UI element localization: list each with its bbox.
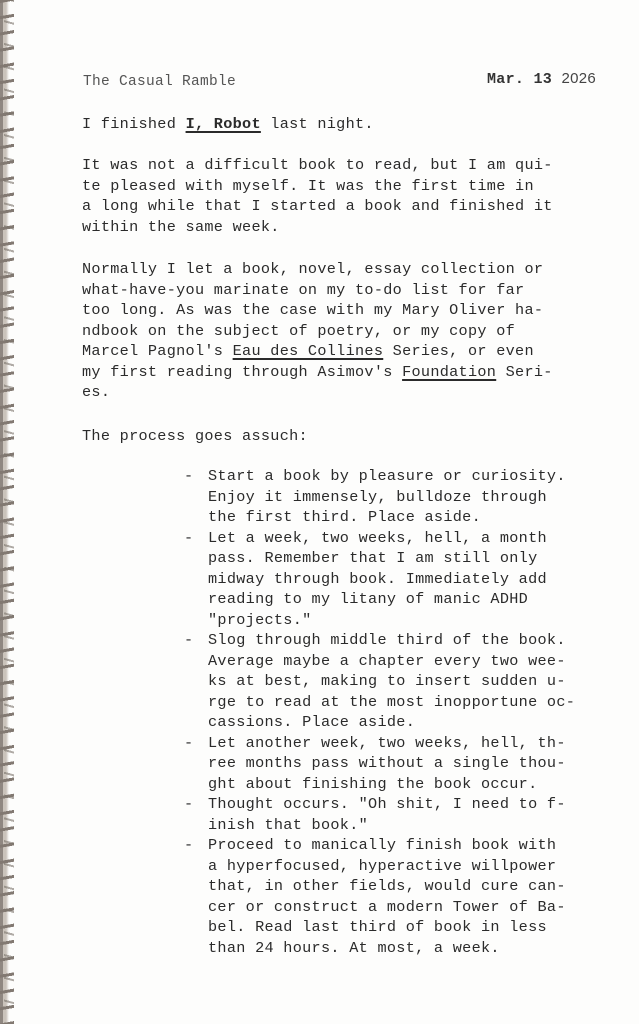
process-step-line: a hyperfocused, hyperactive willpower: [208, 856, 614, 877]
bullet-dash: -: [184, 466, 193, 487]
bullet-dash: -: [184, 794, 193, 815]
process-step-line: cassions. Place aside.: [208, 712, 614, 733]
process-step: -Thought occurs. "Oh shit, I need to f-i…: [184, 794, 614, 835]
process-steps-list: -Start a book by pleasure or curiosity.E…: [184, 466, 614, 958]
paragraph-1-line: It was not a difficult book to read, but…: [82, 155, 622, 176]
paragraph-2-line: too long. As was the case with my Mary O…: [82, 300, 622, 321]
paragraph-1-line: a long while that I started a book and f…: [82, 196, 622, 217]
process-step-line: Let another week, two weeks, hell, th-: [208, 733, 614, 754]
process-step: -Let another week, two weeks, hell, th-r…: [184, 733, 614, 795]
process-step: -Slog through middle third of the book.A…: [184, 630, 614, 733]
paragraph-2: Normally I let a book, novel, essay coll…: [82, 259, 622, 403]
text: my first reading through Asimov's: [82, 363, 402, 381]
text: Seri-: [496, 363, 552, 381]
paragraph-2-line: es.: [82, 382, 622, 403]
process-step-line: Proceed to manically finish book with: [208, 835, 614, 856]
entry-date: Mar. 13 2026: [487, 69, 596, 91]
paragraph-2-line: what-have-you marinate on my to-do list …: [82, 280, 622, 301]
process-step-line: pass. Remember that I am still only: [208, 548, 614, 569]
date-day: Mar. 13: [487, 71, 552, 88]
opening-suffix: last night.: [261, 115, 374, 133]
process-step-line: Start a book by pleasure or curiosity.: [208, 466, 614, 487]
process-step-line: inish that book.": [208, 815, 614, 836]
paragraph-1-line: within the same week.: [82, 217, 622, 238]
process-step-line: midway through book. Immediately add: [208, 569, 614, 590]
process-step-line: bel. Read last third of book in less: [208, 917, 614, 938]
process-step-line: "projects.": [208, 610, 614, 631]
process-step: -Let a week, two weeks, hell, a monthpas…: [184, 528, 614, 631]
process-step-line: Enjoy it immensely, bulldoze through: [208, 487, 614, 508]
opening-prefix: I finished: [82, 115, 186, 133]
process-step-line: ks at best, making to insert sudden u-: [208, 671, 614, 692]
process-step-line: Thought occurs. "Oh shit, I need to f-: [208, 794, 614, 815]
paragraph-2-line: my first reading through Asimov's Founda…: [82, 362, 622, 383]
paragraph-2-line: Marcel Pagnol's Eau des Collines Series,…: [82, 341, 622, 362]
process-step-line: Average maybe a chapter every two wee-: [208, 651, 614, 672]
book-title-i-robot: I, Robot: [186, 115, 261, 133]
paragraph-2-line: Normally I let a book, novel, essay coll…: [82, 259, 622, 280]
process-step-line: Let a week, two weeks, hell, a month: [208, 528, 614, 549]
process-step-line: ree months pass without a single thou-: [208, 753, 614, 774]
process-step-line: ght about finishing the book occur.: [208, 774, 614, 795]
bullet-dash: -: [184, 630, 193, 651]
bullet-dash: -: [184, 835, 193, 856]
process-step-line: that, in other fields, would cure can-: [208, 876, 614, 897]
process-step-line: the first third. Place aside.: [208, 507, 614, 528]
bullet-dash: -: [184, 733, 193, 754]
book-title-eau-des-collines: Eau des Collines: [233, 342, 384, 360]
bullet-dash: -: [184, 528, 193, 549]
process-intro: The process goes assuch:: [82, 426, 622, 447]
paragraph-1: It was not a difficult book to read, but…: [82, 155, 622, 237]
date-year: 2026: [561, 70, 596, 87]
text: Marcel Pagnol's: [82, 342, 233, 360]
process-step: -Proceed to manically finish book witha …: [184, 835, 614, 958]
typewritten-page: The Casual Ramble Mar. 13 2026 I finishe…: [0, 0, 639, 1024]
process-step: -Start a book by pleasure or curiosity.E…: [184, 466, 614, 528]
process-step-line: reading to my litany of manic ADHD: [208, 589, 614, 610]
process-step-line: than 24 hours. At most, a week.: [208, 938, 614, 959]
paragraph-2-line: ndbook on the subject of poetry, or my c…: [82, 321, 622, 342]
process-step-line: rge to read at the most inopportune oc-: [208, 692, 614, 713]
text: Series, or even: [383, 342, 534, 360]
opening-line: I finished I, Robot last night.: [82, 114, 622, 135]
process-step-line: cer or construct a modern Tower of Ba-: [208, 897, 614, 918]
book-title-foundation: Foundation: [402, 363, 496, 381]
paragraph-1-line: te pleased with myself. It was the first…: [82, 176, 622, 197]
journal-title: The Casual Ramble: [83, 72, 236, 93]
process-step-line: Slog through middle third of the book.: [208, 630, 614, 651]
